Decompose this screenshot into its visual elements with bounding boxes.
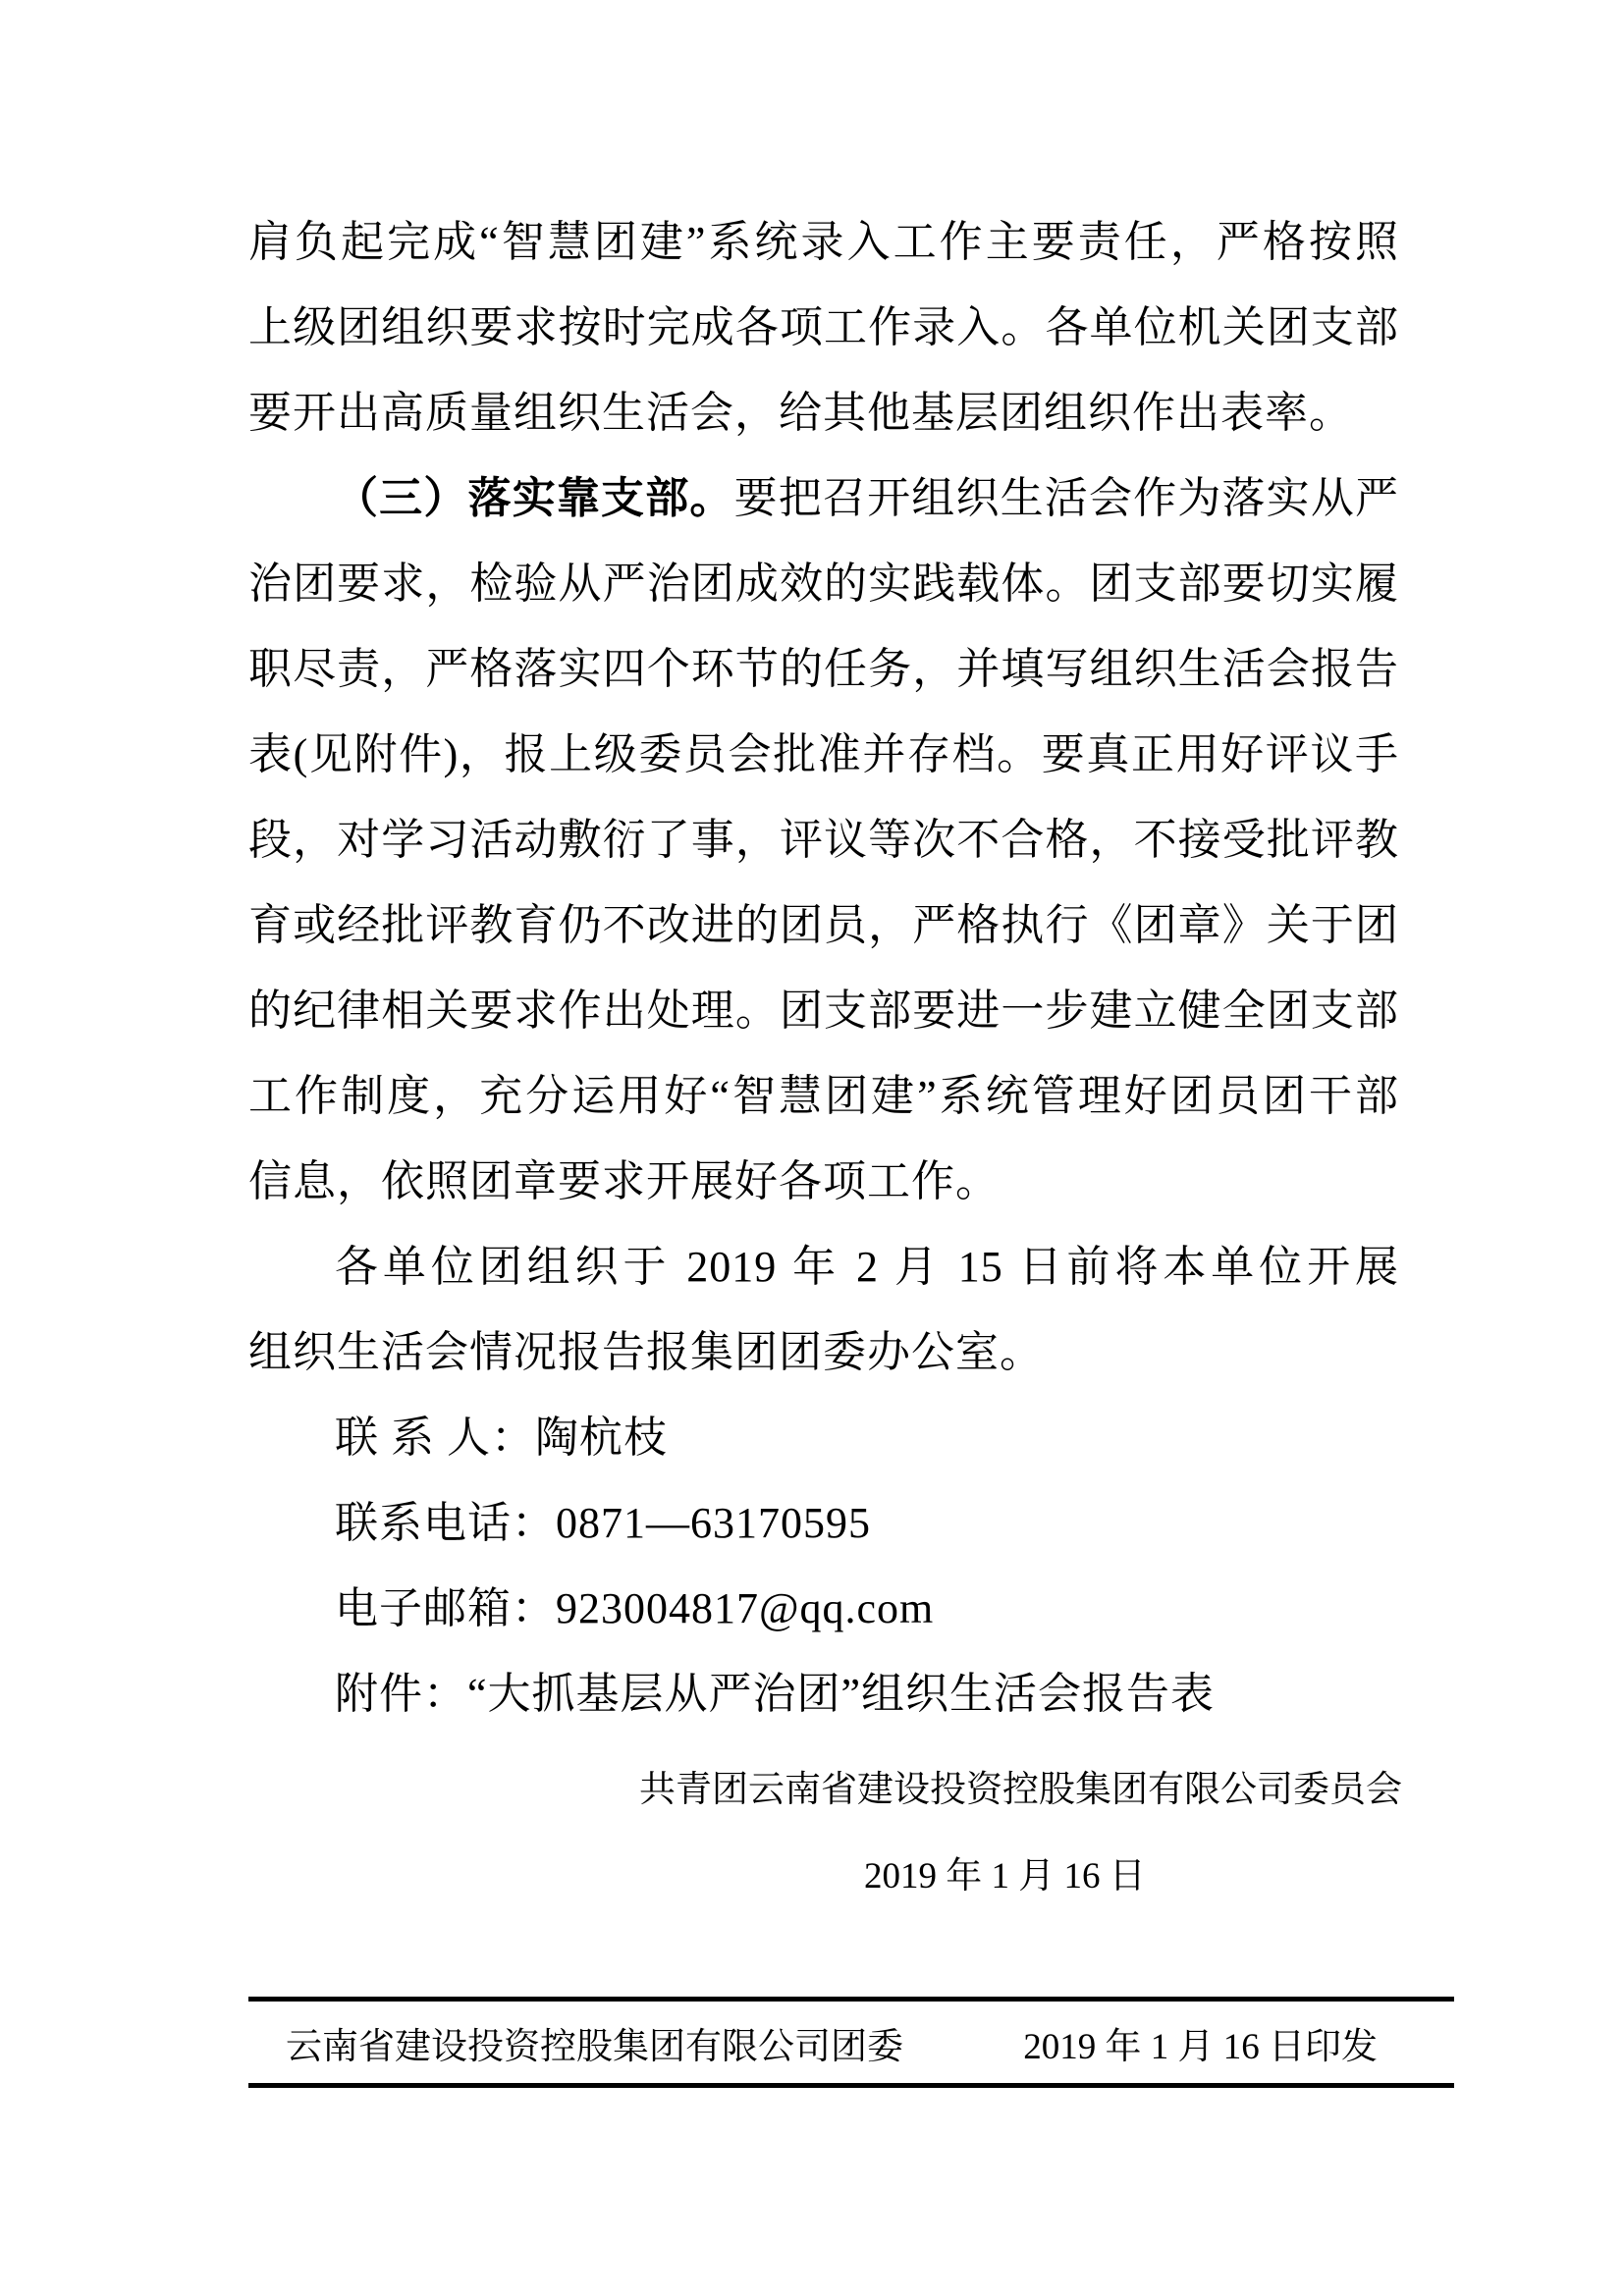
body-line-13: 各单位团组织于 2019 年 2 月 15 日前将本单位开展 (248, 1224, 1399, 1309)
body-line-12: 信息，依照团章要求开展好各项工作。 (248, 1139, 1399, 1224)
contact-phone-line: 联系电话：0871—63170595 (248, 1480, 1399, 1566)
footer-rule-bottom (248, 2083, 1454, 2088)
body-line-4: （三）落实靠支部。要把召开组织生活会作为落实从严 (248, 455, 1399, 541)
signature-committee: 共青团云南省建设投资控股集团有限公司委员会 (639, 1753, 1402, 1828)
footer-print-date: 2019 年 1 月 16 日印发 (1023, 2016, 1378, 2069)
body-text-block: 肩负起完成“智慧团建”系统录入工作主要责任，严格按照 上级团组织要求按时完成各项… (248, 199, 1399, 1736)
contact-person-line: 联 系 人：陶杭枝 (248, 1395, 1399, 1480)
body-line-7: 表(见附件)，报上级委员会批准并存档。要真正用好评议手 (248, 712, 1399, 797)
body-line-11: 工作制度，充分运用好“智慧团建”系统管理好团员团干部 (248, 1053, 1399, 1139)
body-line-3: 要开出高质量组织生活会，给其他基层团组织作出表率。 (248, 370, 1399, 455)
attachment-line: 附件：“大抓基层从严治团”组织生活会报告表 (248, 1651, 1399, 1736)
footer-row: 云南省建设投资控股集团有限公司团委 2019 年 1 月 16 日印发 (248, 2008, 1454, 2077)
para3-heading-rest: 要把召开组织生活会作为落实从严 (734, 474, 1399, 522)
para3-heading: （三）落实靠支部。 (335, 474, 734, 522)
contact-email-line: 电子邮箱：923004817@qq.com (248, 1566, 1399, 1651)
body-line-14: 组织生活会情况报告报集团团委办公室。 (248, 1309, 1399, 1395)
signature-date: 2019 年 1 月 16 日 (864, 1840, 1146, 1914)
body-line-10: 的纪律相关要求作出处理。团支部要进一步建立健全团支部 (248, 968, 1399, 1053)
body-line-2: 上级团组织要求按时完成各项工作录入。各单位机关团支部 (248, 285, 1399, 370)
body-line-1: 肩负起完成“智慧团建”系统录入工作主要责任，严格按照 (248, 199, 1399, 285)
body-line-5: 治团要求，检验从严治团成效的实践载体。团支部要切实履 (248, 541, 1399, 626)
body-line-9: 育或经批评教育仍不改进的团员，严格执行《团章》关于团 (248, 882, 1399, 968)
body-line-8: 段，对学习活动敷衍了事，评议等次不合格，不接受批评教 (248, 797, 1399, 882)
body-line-6: 职尽责，严格落实四个环节的任务，并填写组织生活会报告 (248, 626, 1399, 712)
footer-issuer: 云南省建设投资控股集团有限公司团委 (286, 2016, 903, 2069)
footer-rule-top (248, 1997, 1454, 2002)
document-page: 肩负起完成“智慧团建”系统录入工作主要责任，严格按照 上级团组织要求按时完成各项… (0, 0, 1624, 2296)
